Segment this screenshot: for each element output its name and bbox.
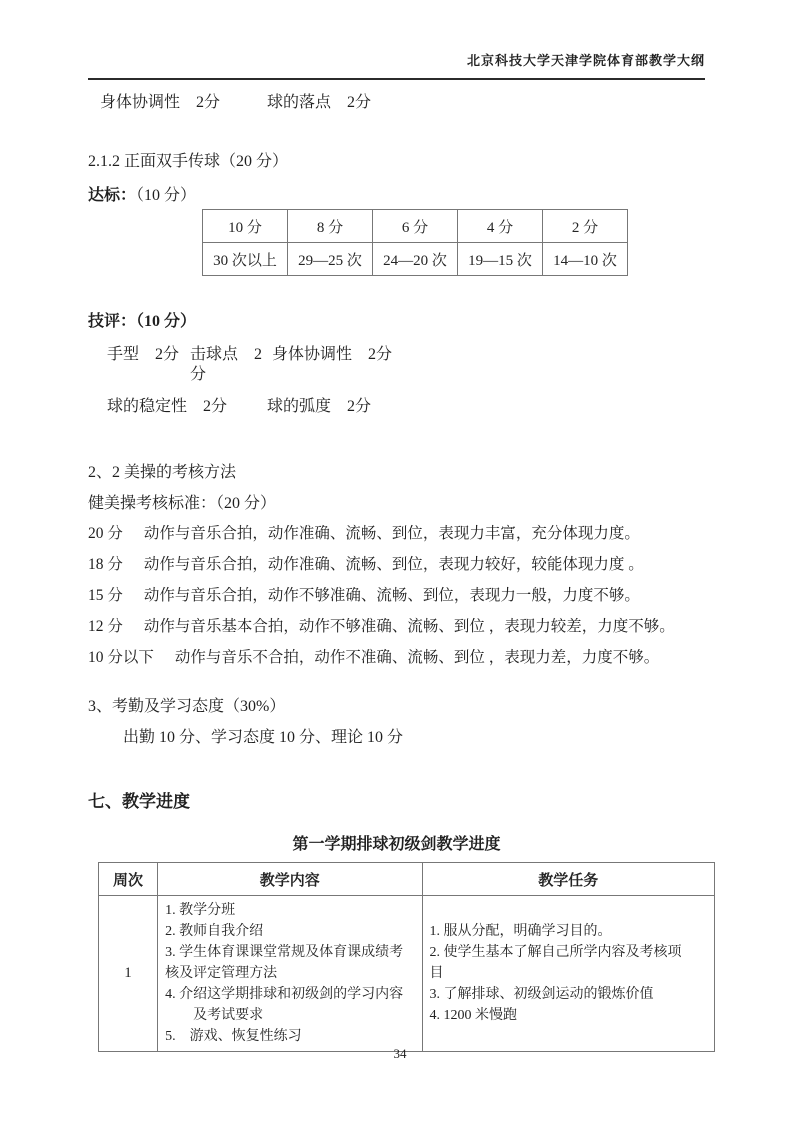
score-header-cell: 2 分 [543, 210, 628, 243]
criterion-row: 12 分 动作与音乐基本合拍，动作不够准确、流畅、到位 ，表现力较差，力度不够。 [88, 617, 705, 637]
criterion-score: 15 分 [88, 586, 123, 606]
criterion-score: 18 分 [88, 555, 123, 575]
week-number-cell: 1 [99, 896, 158, 1052]
criterion-desc: 动作与音乐不合拍，动作不准确、流畅、到位 ，表现力差，力度不够。 [175, 648, 659, 668]
schedule-table: 周次 教学内容 教学任务 1 1. 教学分班 2. 教师自我介绍 3. 学生体育… [98, 862, 715, 1052]
content-item: 2. 教师自我介绍 [165, 921, 414, 942]
ball-stability-score: 球的稳定性 2分 [107, 397, 263, 417]
passing-score-table: 10 分 8 分 6 分 4 分 2 分 30 次以上 29—25 次 24—2… [202, 209, 628, 276]
aerobics-subheading: 健美操考核标准：（20 分） [88, 494, 705, 514]
attendance-detail: 出勤 10 分、学习态度 10 分、理论 10 分 [123, 728, 705, 748]
criterion-score: 20 分 [88, 524, 123, 544]
header-title: 北京科技大学天津学院体育部教学大纲 [467, 53, 705, 68]
standard-value: （10 分） [136, 187, 196, 204]
criterion-desc: 动作与音乐基本合拍，动作不够准确、流畅、到位 ，表现力较差，力度不够。 [144, 617, 675, 637]
score-value-cell: 30 次以上 [203, 243, 288, 276]
criterion-row: 10 分以下 动作与音乐不合拍，动作不准确、流畅、到位 ，表现力差，力度不够。 [88, 648, 705, 668]
aerobics-section-heading: 2、2 美操的考核方法 [88, 463, 705, 483]
task-item: 2. 使学生基本了解自己所学内容及考核项 目 [430, 942, 707, 984]
score-value-cell: 14—10 次 [543, 243, 628, 276]
content-column-header: 教学内容 [158, 863, 422, 896]
document-header: 北京科技大学天津学院体育部教学大纲 [88, 50, 705, 80]
score-header-cell: 10 分 [203, 210, 288, 243]
teaching-content-cell: 1. 教学分班 2. 教师自我介绍 3. 学生体育课课堂常规及体育课成绩考 核及… [158, 896, 422, 1052]
task-item: 1. 服从分配，明确学习目的。 [430, 921, 707, 942]
score-header-cell: 6 分 [373, 210, 458, 243]
hand-shape-score: 手型 2分 [107, 345, 190, 385]
aerobics-criteria-list: 20 分 动作与音乐合拍，动作准确、流畅、到位，表现力丰富，充分体现力度。 18… [88, 524, 705, 668]
page-number: 34 [0, 1046, 800, 1062]
score-value-cell: 19—15 次 [458, 243, 543, 276]
content-item: 4. 介绍这学期排球和初级剑的学习内容 及考试要求 [165, 984, 414, 1026]
score-header-cell: 8 分 [288, 210, 373, 243]
technique-line-1: 手型 2分 击球点 2分 身体协调性 2分 [107, 345, 705, 385]
criterion-score: 12 分 [88, 617, 123, 637]
standard-line: 达标：（10 分） [88, 185, 705, 207]
score-table-header-row: 10 分 8 分 6 分 4 分 2 分 [203, 210, 628, 243]
landing-point-score: 球的落点 2分 [267, 94, 371, 111]
content-item: 3. 学生体育课课堂常规及体育课成绩考 核及评定管理方法 [165, 942, 414, 984]
schedule-table-title: 第一学期排球初级剑教学进度 [88, 835, 705, 855]
criterion-row: 20 分 动作与音乐合拍，动作准确、流畅、到位，表现力丰富，充分体现力度。 [88, 524, 705, 544]
score-table-value-row: 30 次以上 29—25 次 24—20 次 19—15 次 14—10 次 [203, 243, 628, 276]
ball-arc-score: 球的弧度 2分 [267, 398, 371, 415]
criterion-desc: 动作与音乐合拍，动作准确、流畅、到位，表现力较好，较能体现力度 。 [144, 555, 644, 575]
content-item: 5. 游戏、恢复性练习 [165, 1026, 414, 1047]
document-page: 北京科技大学天津学院体育部教学大纲 身体协调性 2分 球的落点 2分 2.1.2… [0, 0, 800, 1131]
criterion-desc: 动作与音乐合拍，动作不够准确、流畅、到位，表现力一般，力度不够。 [144, 586, 640, 606]
criterion-desc: 动作与音乐合拍，动作准确、流畅、到位，表现力丰富，充分体现力度。 [144, 524, 640, 544]
passing-coordination-line: 身体协调性 2分 球的落点 2分 [100, 93, 705, 113]
criterion-row: 15 分 动作与音乐合拍，动作不够准确、流畅、到位，表现力一般，力度不够。 [88, 586, 705, 606]
content-item: 1. 教学分班 [165, 900, 414, 921]
hit-point-score: 击球点 2分 [190, 345, 272, 385]
week-column-header: 周次 [99, 863, 158, 896]
technique-line-2: 球的稳定性 2分 球的弧度 2分 [107, 397, 705, 417]
technique-eval-heading: 技评：（10 分） [88, 311, 705, 333]
passing-section-heading: 2.1.2 正面双手传球（20 分） [88, 151, 705, 173]
task-item: 3. 了解排球、初级剑运动的锻炼价值 [430, 984, 707, 1005]
schedule-section-heading: 七、教学进度 [88, 791, 705, 813]
body-coordination-score: 身体协调性 2分 [272, 345, 392, 385]
criterion-row: 18 分 动作与音乐合拍，动作准确、流畅、到位，表现力较好，较能体现力度 。 [88, 555, 705, 575]
score-value-cell: 24—20 次 [373, 243, 458, 276]
score-header-cell: 4 分 [458, 210, 543, 243]
task-column-header: 教学任务 [422, 863, 714, 896]
schedule-header-row: 周次 教学内容 教学任务 [99, 863, 715, 896]
attendance-heading: 3、考勤及学习态度（30%） [88, 697, 705, 717]
score-value-cell: 29—25 次 [288, 243, 373, 276]
schedule-week-row: 1 1. 教学分班 2. 教师自我介绍 3. 学生体育课课堂常规及体育课成绩考 … [99, 896, 715, 1052]
criterion-score: 10 分以下 [88, 648, 154, 668]
teaching-task-cell: 1. 服从分配，明确学习目的。 2. 使学生基本了解自己所学内容及考核项 目 3… [422, 896, 714, 1052]
task-item: 4. 1200 米慢跑 [430, 1005, 707, 1026]
coordination-score: 身体协调性 2分 [100, 93, 263, 113]
standard-label: 达标： [88, 187, 136, 204]
